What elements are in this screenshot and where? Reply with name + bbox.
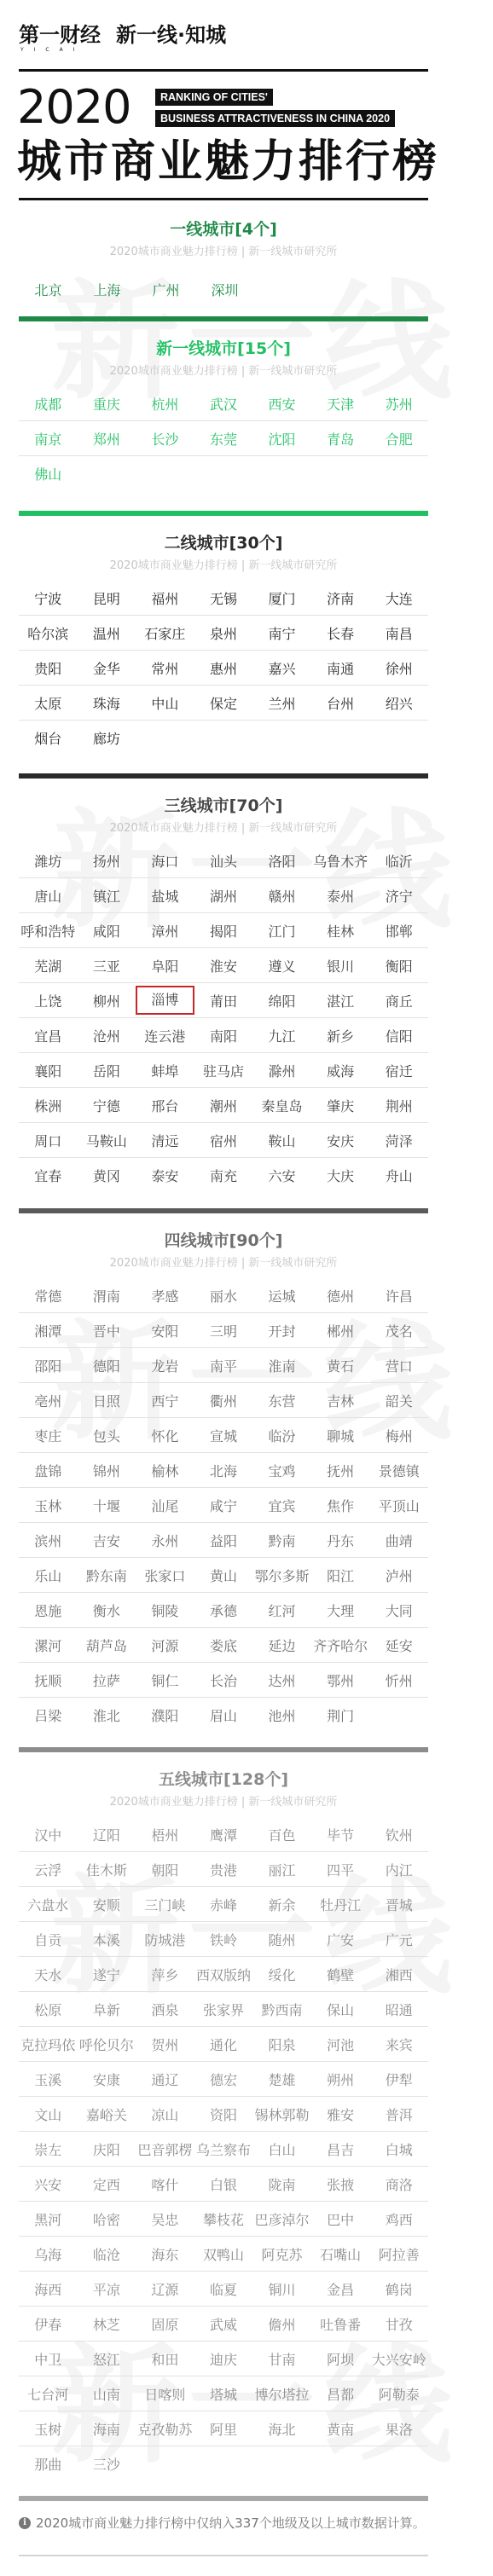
city-cell: 湖州 [194, 886, 253, 906]
city-cell: 桂林 [311, 921, 370, 941]
city-cell: 湛江 [311, 991, 370, 1010]
table-row: 玉林十堰汕尾咸宁宜宾焦作平顶山 [19, 1488, 428, 1523]
city-cell: 石嘴山 [311, 2244, 370, 2264]
city-cell: 安顺 [78, 1895, 136, 1914]
table-row: 北京 上海 广州 深圳 [19, 272, 428, 307]
city-cell: 新乡 [311, 1026, 370, 1045]
city-cell: 南阳 [194, 1026, 253, 1045]
tier-5-title: 五线城市[128个] [19, 1769, 428, 1790]
city-cell: 晋城 [369, 1895, 428, 1914]
city-cell: 临夏 [194, 2279, 253, 2299]
city-cell: 恩施 [19, 1601, 78, 1620]
english-tagline-1: RANKING OF CITIES' [155, 89, 273, 106]
city-cell: 庆阳 [78, 2139, 136, 2159]
hero-year: 2020 [17, 84, 130, 131]
city-cell: 许昌 [369, 1286, 428, 1305]
table-row: 佛山 [19, 456, 428, 491]
city-cell: 自贡 [19, 1930, 78, 1949]
city-cell: 日照 [78, 1391, 136, 1410]
city-cell: 滨州 [19, 1531, 78, 1550]
city-cell: 来宾 [369, 2035, 428, 2054]
city-cell: 福州 [136, 588, 194, 608]
table-row: 唐山镇江盐城湖州赣州泰州济宁 [19, 878, 428, 913]
city-cell: 贵阳 [19, 658, 78, 678]
city-cell: 秦皇岛 [252, 1096, 311, 1115]
city-cell: 黔南 [252, 1531, 311, 1550]
city-cell: 眉山 [194, 1705, 253, 1725]
city-cell: 重庆 [78, 394, 136, 414]
table-row: 湘潭晋中安阳三明开封郴州茂名 [19, 1313, 428, 1348]
city-cell: 烟台 [19, 728, 78, 748]
city-cell: 三门峡 [136, 1895, 194, 1914]
city-cell: 钦州 [369, 1825, 428, 1844]
city-cell: 绥化 [252, 1965, 311, 1984]
city-cell: 文山 [19, 2104, 78, 2124]
city-cell: 漯河 [19, 1635, 78, 1655]
city-cell: 铁岭 [194, 1930, 253, 1949]
table-row: 太原珠海中山保定兰州台州绍兴 [19, 686, 428, 721]
city-cell: 兴安 [19, 2174, 78, 2194]
city-cell: 玉树 [19, 2419, 78, 2439]
new-tier-1-divider [19, 511, 428, 516]
tier-subtitle: 2020城市商业魅力排行榜 | 新一线城市研究所 [19, 1256, 428, 1271]
city-cell: 黄南 [311, 2419, 370, 2439]
city-cell: 娄底 [194, 1635, 253, 1655]
tier-4-divider [19, 1747, 428, 1752]
city-cell: 唐山 [19, 886, 78, 906]
city-cell: 德宏 [194, 2069, 253, 2089]
city-cell: 宿州 [194, 1131, 253, 1150]
city-cell: 廊坊 [78, 728, 136, 748]
city-cell: 沈阳 [252, 429, 311, 449]
table-row: 潍坊扬州海口汕头洛阳乌鲁木齐临沂 [19, 843, 428, 878]
city-cell: 大兴安岭 [369, 2349, 428, 2369]
city-cell: 贵港 [194, 1860, 253, 1879]
new-tier-1-title: 新一线城市[15个] [19, 339, 428, 359]
city-cell: 吕梁 [19, 1705, 78, 1725]
city-cell: 齐齐哈尔 [311, 1635, 370, 1655]
table-row: 周口马鞍山清远宿州鞍山安庆菏泽 [19, 1123, 428, 1158]
city-cell: 十堰 [78, 1496, 136, 1515]
highlighted-city-cell: 淄博 [137, 987, 193, 1013]
city-cell: 深圳 [195, 280, 254, 299]
city-cell: 河源 [136, 1635, 194, 1655]
city-cell: 玉溪 [19, 2069, 78, 2089]
city-cell: 郑州 [78, 429, 136, 449]
city-cell: 包头 [78, 1426, 136, 1445]
city-cell: 山南 [78, 2384, 136, 2404]
city-cell: 徐州 [369, 658, 428, 678]
city-cell: 乐山 [19, 1566, 78, 1585]
city-cell: 泰州 [311, 886, 370, 906]
city-cell: 武汉 [194, 394, 253, 414]
city-cell: 湘潭 [19, 1321, 78, 1340]
city-cell: 克孜勒苏 [136, 2419, 194, 2439]
tier-3-title: 三线城市[70个] [19, 796, 428, 816]
city-cell: 泉州 [194, 623, 253, 643]
city-cell: 宣城 [194, 1426, 253, 1445]
city-cell: 四平 [311, 1860, 370, 1879]
table-row: 乐山黔东南张家口黄山鄂尔多斯阳江泸州 [19, 1558, 428, 1593]
city-cell: 东莞 [194, 429, 253, 449]
table-row: 抚顺拉萨铜仁长治达州鄂州忻州 [19, 1663, 428, 1698]
city-cell: 忻州 [369, 1670, 428, 1690]
table-row: 呼和浩特咸阳漳州揭阳江门桂林邯郸 [19, 913, 428, 948]
city-cell: 莆田 [194, 991, 253, 1010]
city-cell: 银川 [311, 956, 370, 975]
city-cell: 伊春 [19, 2314, 78, 2334]
city-cell: 宜春 [19, 1166, 78, 1185]
city-cell: 双鸭山 [194, 2244, 253, 2264]
city-cell: 榆林 [136, 1461, 194, 1480]
city-cell: 威海 [311, 1061, 370, 1080]
table-row: 七台河山南日喀则塔城博尔塔拉昌都阿勒泰 [19, 2376, 428, 2411]
city-cell: 马鞍山 [78, 1131, 136, 1150]
table-row: 南京郑州长沙东莞沈阳青岛合肥 [19, 421, 428, 456]
city-cell: 惠州 [194, 658, 253, 678]
city-cell: 盐城 [136, 886, 194, 906]
city-cell: 铜仁 [136, 1670, 194, 1690]
table-row: 云浮佳木斯朝阳贵港丽江四平内江 [19, 1852, 428, 1887]
table-row: 烟台廊坊 [19, 721, 428, 755]
city-cell: 黔西南 [252, 2000, 311, 2019]
city-cell: 雅安 [311, 2104, 370, 2124]
xinyixian-logo: 新一线·知城 [116, 24, 226, 46]
city-cell: 吐鲁番 [311, 2314, 370, 2334]
table-row: 玉树海南克孜勒苏阿里海北黄南果洛 [19, 2411, 428, 2446]
city-cell: 宝鸡 [252, 1461, 311, 1480]
city-cell: 安阳 [136, 1321, 194, 1340]
city-cell: 通化 [194, 2035, 253, 2054]
table-row: 玉溪安康通辽德宏楚雄朔州伊犁 [19, 2062, 428, 2097]
tier-2-divider [19, 773, 428, 779]
table-row: 枣庄包头怀化宣城临汾聊城梅州 [19, 1418, 428, 1453]
table-row: 恩施衡水铜陵承德红河大理大同 [19, 1593, 428, 1628]
city-cell: 毕节 [311, 1825, 370, 1844]
city-cell: 石家庄 [136, 623, 194, 643]
city-cell: 巴音郭楞 [136, 2139, 194, 2159]
city-cell: 宜宾 [252, 1496, 311, 1515]
city-cell: 陇南 [252, 2174, 311, 2194]
page-title: 城市商业魅力排行榜 [17, 136, 430, 188]
city-cell: 海口 [136, 851, 194, 871]
city-cell: 九江 [252, 1026, 311, 1045]
city-cell: 大理 [311, 1601, 370, 1620]
city-cell: 扬州 [78, 851, 136, 871]
city-cell: 广州 [136, 280, 195, 299]
city-cell: 南通 [311, 658, 370, 678]
city-cell: 上饶 [19, 991, 78, 1010]
city-cell: 兰州 [252, 693, 311, 713]
city-cell: 上海 [78, 280, 136, 299]
city-cell: 平凉 [78, 2279, 136, 2299]
city-cell: 孝感 [136, 1286, 194, 1305]
city-cell: 德州 [311, 1286, 370, 1305]
city-cell: 达州 [252, 1670, 311, 1690]
city-cell: 楚雄 [252, 2069, 311, 2089]
city-cell: 白山 [252, 2139, 311, 2159]
city-cell: 驻马店 [194, 1061, 253, 1080]
city-cell: 盘锦 [19, 1461, 78, 1480]
city-cell: 固原 [136, 2314, 194, 2334]
city-cell: 牡丹江 [311, 1895, 370, 1914]
city-cell: 萍乡 [136, 1965, 194, 1984]
city-cell: 济南 [311, 588, 370, 608]
city-cell: 茂名 [369, 1321, 428, 1340]
city-cell: 肇庆 [311, 1096, 370, 1115]
city-cell: 临汾 [252, 1426, 311, 1445]
city-cell: 塔城 [194, 2384, 253, 2404]
city-cell: 绍兴 [369, 693, 428, 713]
city-cell: 海北 [252, 2419, 311, 2439]
tier-3-section: 三线城市[70个] 2020城市商业魅力排行榜 | 新一线城市研究所 潍坊扬州海… [19, 796, 428, 1193]
city-cell: 抚顺 [19, 1670, 78, 1690]
city-cell: 池州 [252, 1705, 311, 1725]
city-cell: 铜川 [252, 2279, 311, 2299]
city-cell: 红河 [252, 1601, 311, 1620]
city-cell: 三沙 [78, 2454, 136, 2474]
city-cell: 阿克苏 [252, 2244, 311, 2264]
table-row: 海西平凉辽源临夏铜川金昌鹤岗 [19, 2272, 428, 2307]
city-cell: 厦门 [252, 588, 311, 608]
city-cell: 克拉玛依 [19, 2035, 78, 2054]
city-cell: 平顶山 [369, 1496, 428, 1515]
city-cell: 延边 [252, 1635, 311, 1655]
city-cell: 鹤壁 [311, 1965, 370, 1984]
city-cell: 镇江 [78, 886, 136, 906]
tier-1-section: 一线城市[4个] 2020城市商业魅力排行榜 | 新一线城市研究所 北京 上海 … [19, 219, 428, 307]
city-cell: 百色 [252, 1825, 311, 1844]
city-cell: 荆州 [369, 1096, 428, 1115]
city-cell: 河池 [311, 2035, 370, 2054]
header-divider [19, 69, 428, 72]
table-row: 襄阳岳阳蚌埠驻马店滁州威海宿迁 [19, 1053, 428, 1088]
city-cell: 青岛 [311, 429, 370, 449]
city-cell: 安庆 [311, 1131, 370, 1150]
city-cell: 临沧 [78, 2244, 136, 2264]
city-cell: 成都 [19, 394, 78, 414]
city-cell: 益阳 [194, 1531, 253, 1550]
city-cell: 南充 [194, 1166, 253, 1185]
city-cell: 济宁 [369, 886, 428, 906]
yicai-logo-text: 第一财经 [19, 24, 101, 46]
city-cell: 阿拉善 [369, 2244, 428, 2264]
city-cell: 珠海 [78, 693, 136, 713]
tier-subtitle: 2020城市商业魅力排行榜 | 新一线城市研究所 [19, 1795, 428, 1810]
city-grid: 成都重庆杭州武汉西安天津苏州南京郑州长沙东莞沈阳青岛合肥佛山 [19, 386, 428, 491]
city-cell: 杭州 [136, 394, 194, 414]
city-cell: 开封 [252, 1321, 311, 1340]
table-row: 自贡本溪防城港铁岭随州广安广元 [19, 1922, 428, 1957]
tier-4-title: 四线城市[90个] [19, 1230, 428, 1251]
tier-2-section: 二线城市[30个] 2020城市商业魅力排行榜 | 新一线城市研究所 宁波昆明福… [19, 533, 428, 755]
city-cell: 吴忠 [136, 2209, 194, 2229]
city-cell: 晋中 [78, 1321, 136, 1340]
city-cell: 南京 [19, 429, 78, 449]
city-cell: 株洲 [19, 1096, 78, 1115]
city-cell: 永州 [136, 1531, 194, 1550]
table-row: 盘锦锦州榆林北海宝鸡抚州景德镇 [19, 1453, 428, 1488]
city-cell: 咸阳 [78, 921, 136, 941]
table-row: 那曲三沙 [19, 2446, 428, 2481]
city-cell: 黑河 [19, 2209, 78, 2229]
city-cell: 朝阳 [136, 1860, 194, 1879]
city-cell: 阜新 [78, 2000, 136, 2019]
city-cell: 运城 [252, 1286, 311, 1305]
tier-2-title: 二线城市[30个] [19, 533, 428, 553]
city-cell: 广元 [369, 1930, 428, 1949]
city-cell: 北海 [194, 1461, 253, 1480]
tier-4-section: 四线城市[90个] 2020城市商业魅力排行榜 | 新一线城市研究所 常德渭南孝… [19, 1230, 428, 1733]
city-cell: 龙岩 [136, 1356, 194, 1375]
city-cell: 汕头 [194, 851, 253, 871]
table-row: 哈尔滨温州石家庄泉州南宁长春南昌 [19, 616, 428, 651]
table-row: 文山嘉峪关凉山资阳锡林郭勒雅安普洱 [19, 2097, 428, 2132]
city-grid: 常德渭南孝感丽水运城德州许昌湘潭晋中安阳三明开封郴州茂名邵阳德阳龙岩南平淮南黄石… [19, 1278, 428, 1733]
city-cell: 太原 [19, 693, 78, 713]
city-cell: 中山 [136, 693, 194, 713]
city-cell: 松原 [19, 2000, 78, 2019]
city-cell: 咸宁 [194, 1496, 253, 1515]
city-cell: 葫芦岛 [78, 1635, 136, 1655]
city-cell: 资阳 [194, 2104, 253, 2124]
logo-row: 第一财经 YICAI 新一线·知城 [19, 24, 226, 58]
city-cell: 昌都 [311, 2384, 370, 2404]
city-cell: 呼和浩特 [19, 921, 78, 941]
city-cell: 宜昌 [19, 1026, 78, 1045]
city-cell: 金华 [78, 658, 136, 678]
city-cell: 西安 [252, 394, 311, 414]
city-cell: 漳州 [136, 921, 194, 941]
city-cell: 长治 [194, 1670, 253, 1690]
tier-1-divider [19, 316, 428, 321]
city-cell: 云浮 [19, 1860, 78, 1879]
table-row: 常德渭南孝感丽水运城德州许昌 [19, 1278, 428, 1313]
city-cell: 中卫 [19, 2349, 78, 2369]
table-row: 克拉玛依呼伦贝尔贺州通化阳泉河池来宾 [19, 2027, 428, 2062]
city-cell: 迪庆 [194, 2349, 253, 2369]
city-cell: 洛阳 [252, 851, 311, 871]
tier-subtitle: 2020城市商业魅力排行榜 | 新一线城市研究所 [19, 821, 428, 836]
city-cell: 丽江 [252, 1860, 311, 1879]
city-cell: 韶关 [369, 1391, 428, 1410]
table-row: 崇左庆阳巴音郭楞乌兰察布白山昌吉白城 [19, 2132, 428, 2167]
city-cell: 襄阳 [19, 1061, 78, 1080]
city-grid: 北京 上海 广州 深圳 [19, 272, 428, 307]
city-cell: 巴中 [311, 2209, 370, 2229]
footer-divider [19, 2555, 428, 2556]
city-cell: 宁德 [78, 1096, 136, 1115]
table-row: 株洲宁德邢台潮州秦皇岛肇庆荆州 [19, 1088, 428, 1123]
city-cell: 定西 [78, 2174, 136, 2194]
city-cell: 崇左 [19, 2139, 78, 2159]
city-cell: 泸州 [369, 1566, 428, 1585]
table-row: 宜昌沧州连云港南阳九江新乡信阳 [19, 1018, 428, 1053]
footnote: i 2020城市商业魅力排行榜中仅纳入337个地级及以上城市数据计算。 [19, 2514, 428, 2532]
city-cell: 哈尔滨 [19, 623, 78, 643]
city-grid: 潍坊扬州海口汕头洛阳乌鲁木齐临沂唐山镇江盐城湖州赣州泰州济宁呼和浩特咸阳漳州揭阳… [19, 843, 428, 1193]
table-row: 亳州日照西宁衢州东营吉林韶关 [19, 1383, 428, 1418]
city-cell: 长春 [311, 623, 370, 643]
table-row: 宁波昆明福州无锡厦门济南大连 [19, 581, 428, 616]
city-cell: 喀什 [136, 2174, 194, 2194]
tier-3-divider [19, 1208, 428, 1213]
city-cell: 锡林郭勒 [252, 2104, 311, 2124]
yicai-logo: 第一财经 YICAI [19, 24, 101, 54]
city-cell: 辽阳 [78, 1825, 136, 1844]
city-cell: 延安 [369, 1635, 428, 1655]
city-cell: 昆明 [78, 588, 136, 608]
city-grid: 宁波昆明福州无锡厦门济南大连哈尔滨温州石家庄泉州南宁长春南昌贵阳金华常州惠州嘉兴… [19, 581, 428, 755]
tier-1-title: 一线城市[4个] [19, 219, 428, 240]
city-cell: 通辽 [136, 2069, 194, 2089]
city-cell: 张家界 [194, 2000, 253, 2019]
city-cell: 阿勒泰 [369, 2384, 428, 2404]
city-cell: 呼伦贝尔 [78, 2035, 136, 2054]
city-cell: 商洛 [369, 2174, 428, 2194]
city-cell: 淮南 [252, 1356, 311, 1375]
city-cell: 菏泽 [369, 1131, 428, 1150]
city-cell: 潮州 [194, 1096, 253, 1115]
city-cell: 白银 [194, 2174, 253, 2194]
city-cell: 三亚 [78, 956, 136, 975]
city-cell: 舟山 [369, 1166, 428, 1185]
table-row: 中卫怒江和田迪庆甘南阿坝大兴安岭 [19, 2342, 428, 2376]
city-cell: 芜湖 [19, 956, 78, 975]
city-cell: 阿坝 [311, 2349, 370, 2369]
city-cell: 丽水 [194, 1286, 253, 1305]
city-cell: 常德 [19, 1286, 78, 1305]
city-cell: 郴州 [311, 1321, 370, 1340]
city-cell: 海东 [136, 2244, 194, 2264]
city-cell: 普洱 [369, 2104, 428, 2124]
city-cell: 衢州 [194, 1391, 253, 1410]
city-cell: 嘉峪关 [78, 2104, 136, 2124]
city-cell: 果洛 [369, 2419, 428, 2439]
city-cell: 酒泉 [136, 2000, 194, 2019]
city-cell: 濮阳 [136, 1705, 194, 1725]
city-cell: 邢台 [136, 1096, 194, 1115]
city-cell: 安康 [78, 2069, 136, 2089]
city-cell: 梅州 [369, 1426, 428, 1445]
city-cell: 贺州 [136, 2035, 194, 2054]
tier-5-divider [19, 2496, 428, 2501]
city-cell: 潍坊 [19, 851, 78, 871]
city-cell: 佛山 [19, 464, 78, 483]
city-cell: 随州 [252, 1930, 311, 1949]
city-cell: 邵阳 [19, 1356, 78, 1375]
city-cell: 海南 [78, 2419, 136, 2439]
city-cell: 玉林 [19, 1496, 78, 1515]
city-cell: 黄石 [311, 1356, 370, 1375]
city-cell: 阜阳 [136, 956, 194, 975]
table-row: 汉中辽阳梧州鹰潭百色毕节钦州 [19, 1817, 428, 1852]
city-cell: 周口 [19, 1131, 78, 1150]
table-row: 天水遂宁萍乡西双版纳绥化鹤壁湘西 [19, 1957, 428, 1992]
city-cell: 南宁 [252, 623, 311, 643]
city-cell: 张家口 [136, 1566, 194, 1585]
city-cell: 乌兰察布 [194, 2139, 253, 2159]
city-cell: 邯郸 [369, 921, 428, 941]
city-cell: 亳州 [19, 1391, 78, 1410]
city-cell: 枣庄 [19, 1426, 78, 1445]
city-cell: 鹰潭 [194, 1825, 253, 1844]
city-cell: 南昌 [369, 623, 428, 643]
city-cell: 淮安 [194, 956, 253, 975]
city-cell: 拉萨 [78, 1670, 136, 1690]
city-cell: 金昌 [311, 2279, 370, 2299]
city-cell: 天水 [19, 1965, 78, 1984]
